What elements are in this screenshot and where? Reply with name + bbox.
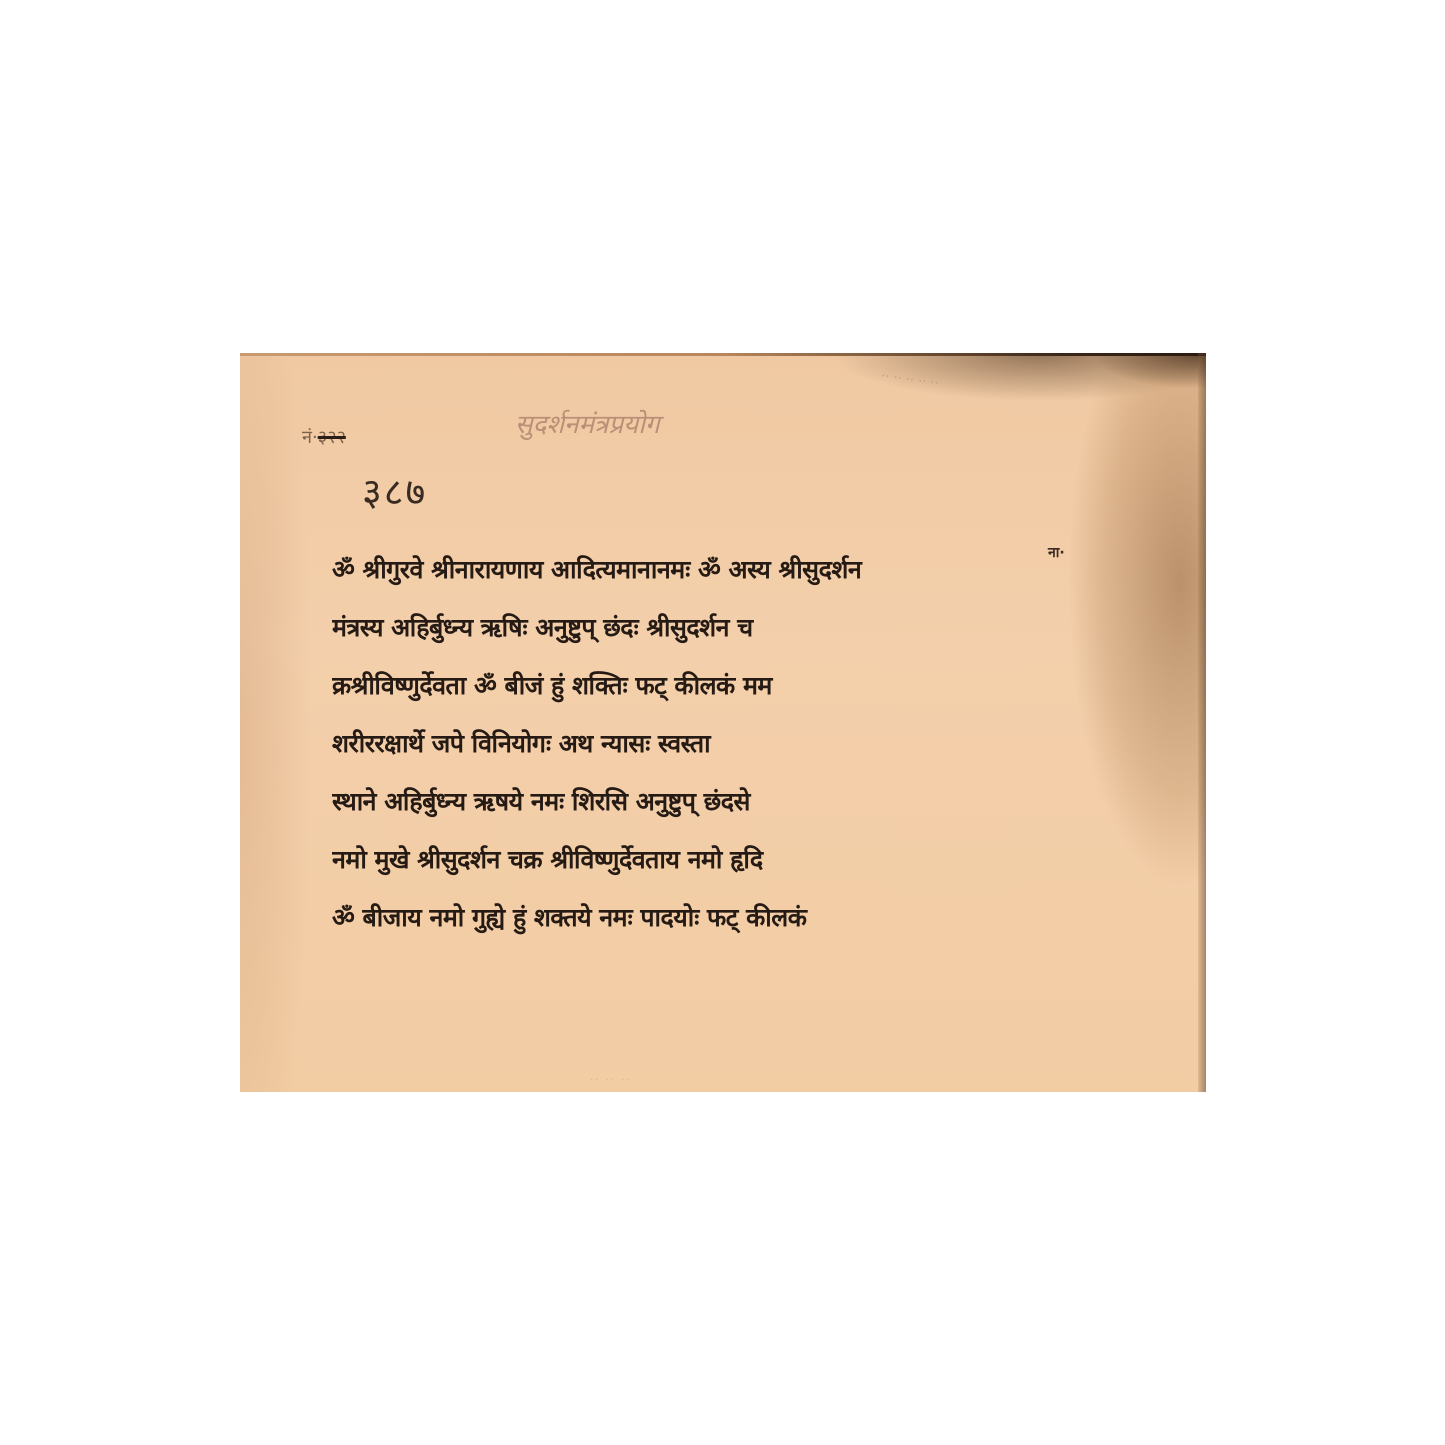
manuscript-line: शरीररक्षार्थे जपे विनियोगः अथ न्यासः स्व… (332, 715, 1052, 773)
manuscript-line: ॐ बीजाय नमो गुह्ये हुं शक्तये नमः पादयोः… (332, 889, 1052, 947)
manuscript-page: नं·३२२ ३८७ सुदर्शनमंत्रप्रयोग ·· ·· ·· ·… (240, 353, 1206, 1092)
folio-number: ३८७ (362, 465, 427, 517)
page-top-edge (240, 353, 1206, 356)
accession-prefix: नं· (302, 427, 318, 448)
manuscript-line: क्रश्रीविष्णुर्देवता ॐ बीजं हुं शक्तिः फ… (332, 657, 1052, 715)
manuscript-line: ॐ श्रीगुरवे श्रीनारायणाय आदित्यमानानमः ॐ… (332, 541, 1052, 599)
manuscript-text-block: ॐ श्रीगुरवे श्रीनारायणाय आदित्यमानानमः ॐ… (332, 541, 1052, 947)
faded-corner-annotation: ·· ·· ·· ·· ·· (880, 366, 1101, 418)
manuscript-line: स्थाने अहिर्बुध्न्य ऋषये नमः शिरसि अनुष्… (332, 773, 1052, 831)
faded-bottom-stamp: ·· ·· ·· (590, 1075, 631, 1086)
image-canvas: नं·३२२ ३८७ सुदर्शनमंत्रप्रयोग ·· ·· ·· ·… (0, 0, 1445, 1445)
manuscript-line: नमो मुखे श्रीसुदर्शन चक्र श्रीविष्णुर्दे… (332, 831, 1052, 889)
title-annotation: सुदर्शनमंत्रप्रयोग (515, 405, 660, 441)
accession-struck-number: ३२२ (318, 427, 346, 448)
manuscript-line: मंत्रस्य अहिर्बुध्न्य ऋषिः अनुष्टुप् छंद… (332, 599, 1052, 657)
accession-number: नं·३२२ (302, 425, 346, 449)
